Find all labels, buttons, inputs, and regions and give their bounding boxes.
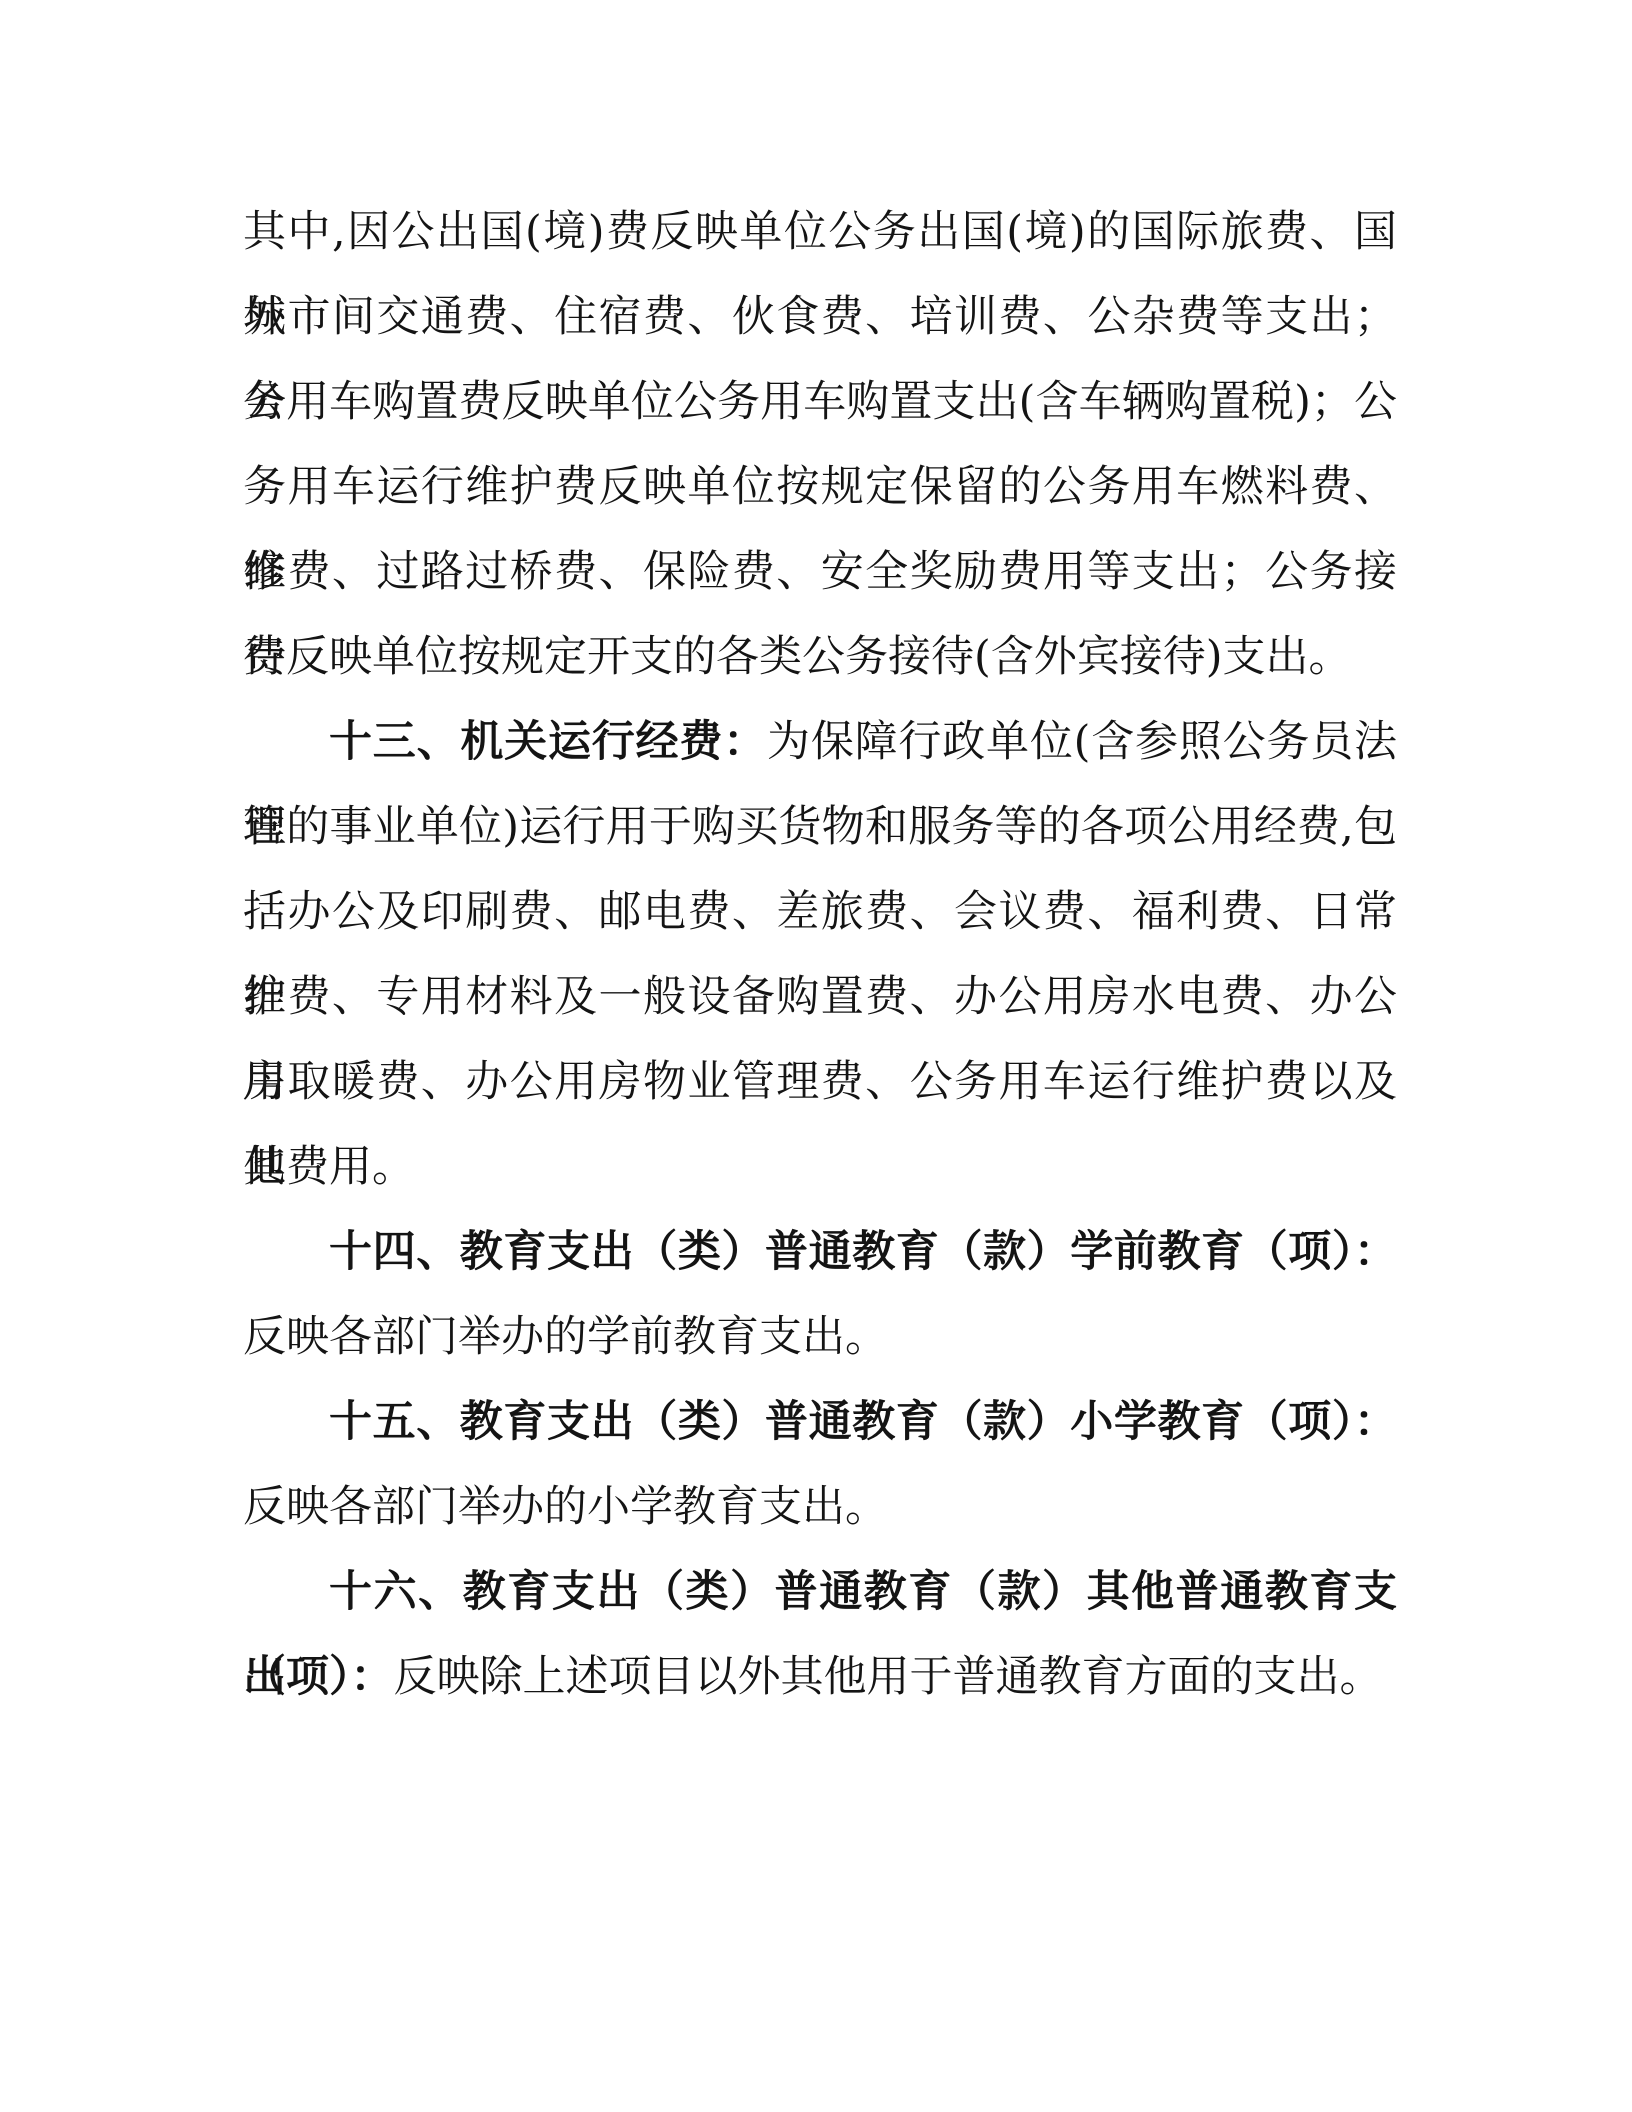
text-line: 十三、机关运行经费：为保障行政单位(含参照公务员法管 [243, 700, 1397, 785]
text-line: 十六、教育支出（类）普通教育（款）其他普通教育支出 [243, 1550, 1397, 1635]
text-line: 修费、过路过桥费、保险费、安全奖励费用等支出；公务接待 [243, 530, 1397, 615]
text-line: 他费用。 [243, 1125, 1397, 1210]
text-line: （项）：反映除上述项目以外其他用于普通教育方面的支出。 [243, 1635, 1397, 1720]
body-text-segment: 理的事业单位)运行用于购买货物和服务等的各项公用经费,包 [243, 802, 1397, 852]
text-line: 务用车运行维护费反映单位按规定保留的公务用车燃料费、维 [243, 445, 1397, 530]
document-body: 其中,因公出国(境)费反映单位公务出国(境)的国际旅费、国外城市间交通费、住宿费… [243, 190, 1397, 1720]
text-line: 房取暖费、办公用房物业管理费、公务用车运行维护费以及其 [243, 1040, 1397, 1125]
body-text-segment: 反映除上述项目以外其他用于普通教育方面的支出。 [394, 1652, 1383, 1702]
text-line: 护费、专用材料及一般设备购置费、办公用房水电费、办公用 [243, 955, 1397, 1040]
text-line: 理的事业单位)运行用于购买货物和服务等的各项公用经费,包 [243, 785, 1397, 870]
text-line: 其中,因公出国(境)费反映单位公务出国(境)的国际旅费、国外 [243, 190, 1397, 275]
text-line: 费反映单位按规定开支的各类公务接待(含外宾接待)支出。 [243, 615, 1397, 700]
text-line: 城市间交通费、住宿费、伙食费、培训费、公杂费等支出；公 [243, 275, 1397, 360]
document-page: 其中,因公出国(境)费反映单位公务出国(境)的国际旅费、国外城市间交通费、住宿费… [0, 0, 1632, 2112]
heading-segment: 十四、教育支出（类）普通教育（款）学前教育（项）： [329, 1227, 1397, 1277]
text-line: 十四、教育支出（类）普通教育（款）学前教育（项）： [243, 1210, 1397, 1295]
body-text-segment: 反映各部门举办的小学教育支出。 [243, 1482, 888, 1532]
body-text-segment: 他费用。 [243, 1142, 415, 1192]
heading-segment: 十三、机关运行经费： [329, 717, 767, 767]
text-line: 务用车购置费反映单位公务用车购置支出(含车辆购置税)；公 [243, 360, 1397, 445]
heading-segment: 十五、教育支出（类）普通教育（款）小学教育（项）： [329, 1397, 1397, 1447]
body-text-segment: 务用车购置费反映单位公务用车购置支出(含车辆购置税)；公 [243, 377, 1397, 427]
text-line: 括办公及印刷费、邮电费、差旅费、会议费、福利费、日常维 [243, 870, 1397, 955]
text-line: 反映各部门举办的小学教育支出。 [243, 1465, 1397, 1550]
body-text-segment: 反映各部门举办的学前教育支出。 [243, 1312, 888, 1362]
heading-segment: （项）： [243, 1652, 394, 1702]
body-text-segment: 费反映单位按规定开支的各类公务接待(含外宾接待)支出。 [243, 632, 1352, 682]
text-line: 反映各部门举办的学前教育支出。 [243, 1295, 1397, 1380]
text-line: 十五、教育支出（类）普通教育（款）小学教育（项）： [243, 1380, 1397, 1465]
